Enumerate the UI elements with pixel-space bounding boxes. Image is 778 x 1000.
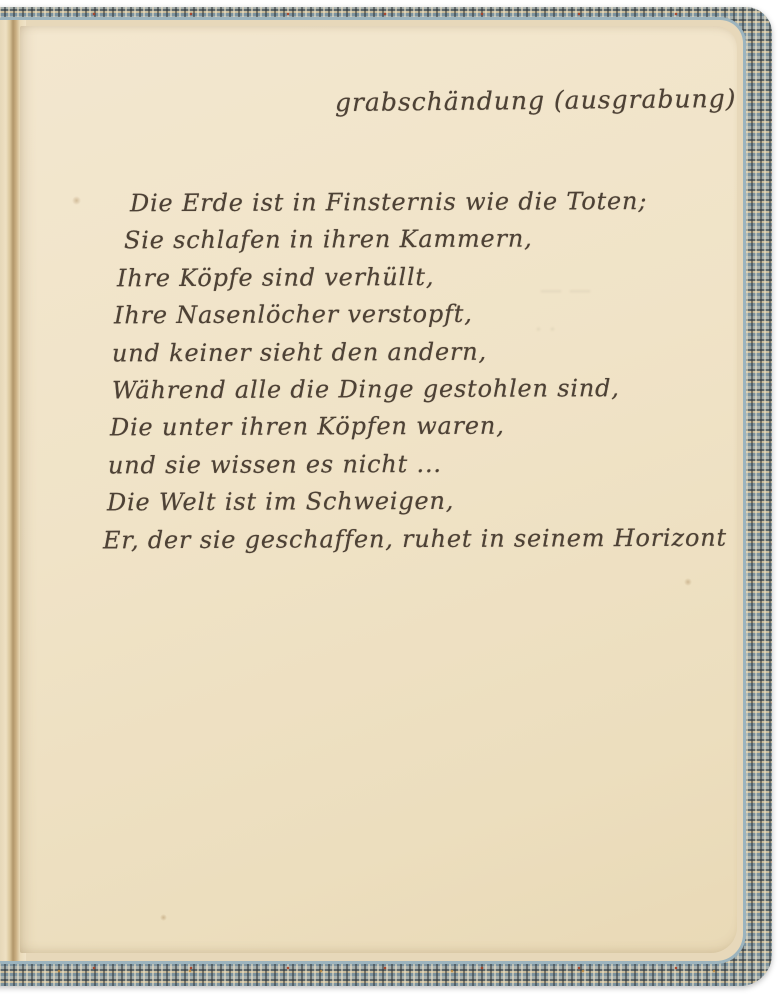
show-through-mark: — — bbox=[540, 278, 591, 303]
poem-line: und sie wissen es nicht ... bbox=[103, 444, 727, 484]
poem: Die Erde ist in Finsternis wie die Toten… bbox=[103, 184, 727, 558]
foxing-spot bbox=[684, 578, 692, 586]
photo-background: grabschändung (ausgrabung) Die Erde ist … bbox=[0, 0, 778, 1000]
poem-line: Ihre Köpfe sind verhüllt, bbox=[103, 257, 727, 297]
poem-line: Während alle die Dinge gestohlen sind, bbox=[103, 370, 727, 410]
poem-line: Er, der sie geschaffen, ruhet in seinem … bbox=[103, 519, 727, 559]
foxing-spot bbox=[160, 914, 167, 921]
poem-line: und keiner sieht den andern, bbox=[103, 332, 727, 372]
show-through-mark: · · bbox=[535, 318, 556, 343]
poem-line: Die unter ihren Köpfen waren, bbox=[103, 407, 727, 447]
page-heading: grabschändung (ausgrabung) bbox=[335, 84, 737, 117]
poem-line: Sie schlafen in ihren Kammern, bbox=[103, 220, 727, 260]
foxing-spot bbox=[72, 196, 81, 205]
poem-line: Ihre Nasenlöcher verstopft, bbox=[103, 295, 727, 335]
notebook-cover-fabric-edge: grabschändung (ausgrabung) Die Erde ist … bbox=[0, 7, 772, 986]
poem-line: Die Erde ist in Finsternis wie die Toten… bbox=[103, 183, 727, 223]
poem-line: Die Welt ist im Schweigen, bbox=[103, 482, 727, 522]
page-stack: grabschändung (ausgrabung) Die Erde ist … bbox=[0, 17, 746, 964]
notebook-page: grabschändung (ausgrabung) Die Erde ist … bbox=[20, 26, 737, 953]
